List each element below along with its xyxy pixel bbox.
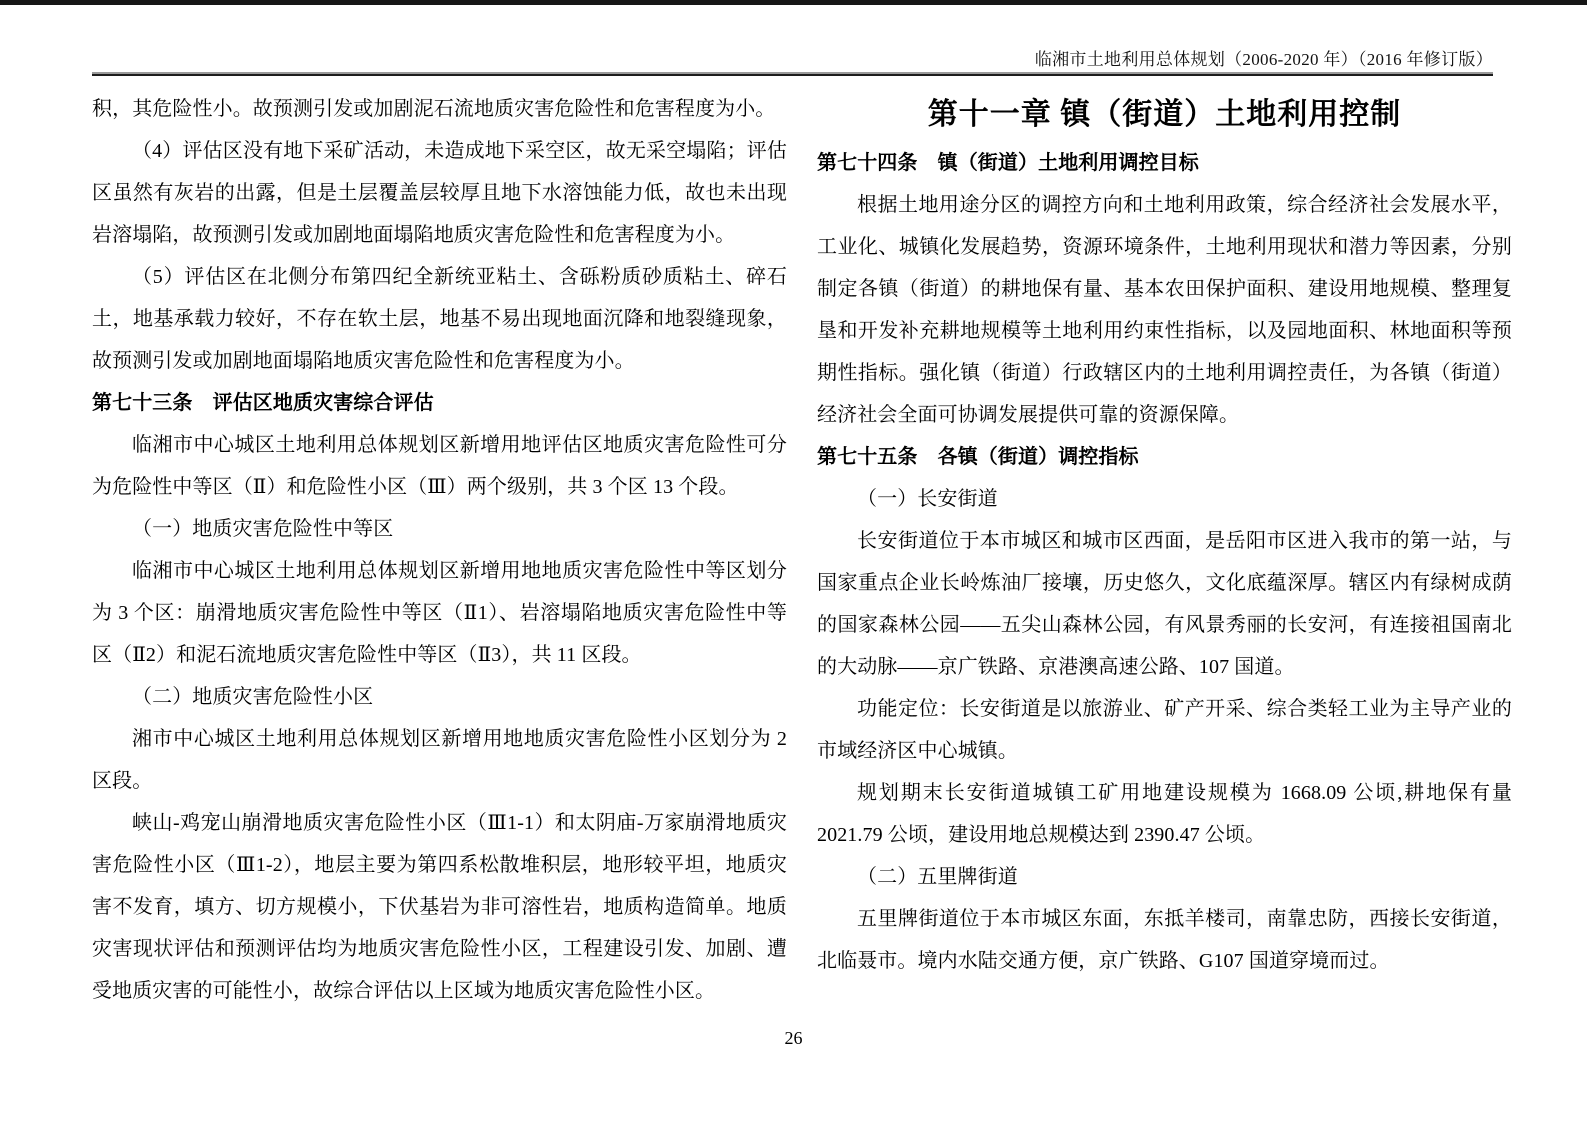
header-rule [92,74,1493,76]
wulipai-paragraph-1: 五里牌街道位于本市城区东面，东抵羊楼司，南靠忠防，西接长安街道，北临聂市。境内水… [817,898,1512,982]
changan-subheading: （一）长安街道 [817,478,1512,520]
wulipai-subheading: （二）五里牌街道 [817,856,1512,898]
assessment-item-5: （5）评估区在北侧分布第四纪全新统亚粘土、含砾粉质砂质粘土、碎石土，地基承载力较… [92,256,787,382]
scan-edge-strip [0,0,1587,5]
changan-paragraph-2: 功能定位：长安街道是以旅游业、矿产开采、综合类轻工业为主导产业的市域经济区中心城… [817,688,1512,772]
subsection-1-heading: （一）地质灾害危险性中等区 [92,508,787,550]
right-column: 第十一章 镇（街道）土地利用控制 第七十四条 镇（街道）土地利用调控目标 根据土… [817,88,1512,1012]
continued-paragraph: 积，其危险性小。故预测引发或加剧泥石流地质灾害危险性和危害程度为小。 [92,88,787,130]
article-74-body: 根据土地用途分区的调控方向和土地利用政策，综合经济社会发展水平，工业化、城镇化发… [817,184,1512,436]
article-74-heading: 第七十四条 镇（街道）土地利用调控目标 [817,142,1512,184]
changan-paragraph-3: 规划期末长安街道城镇工矿用地建设规模为 1668.09 公顷,耕地保有量 202… [817,772,1512,856]
article-73-heading: 第七十三条 评估区地质灾害综合评估 [92,382,787,424]
subsection-1-paragraph: 临湘市中心城区土地利用总体规划区新增用地地质灾害危险性中等区划分为 3 个区：崩… [92,550,787,676]
article-73-overview: 临湘市中心城区土地利用总体规划区新增用地评估区地质灾害危险性可分为危险性中等区（… [92,424,787,508]
article-75-heading: 第七十五条 各镇（街道）调控指标 [817,436,1512,478]
subsection-2-heading: （二）地质灾害危险性小区 [92,676,787,718]
left-column: 积，其危险性小。故预测引发或加剧泥石流地质灾害危险性和危害程度为小。 （4）评估… [92,88,787,1012]
subsection-2-paragraph-1: 湘市中心城区土地利用总体规划区新增用地地质灾害危险性小区划分为 2 区段。 [92,718,787,802]
changan-paragraph-1: 长安街道位于本市城区和城市区西面，是岳阳市区进入我市的第一站，与国家重点企业长岭… [817,520,1512,688]
running-header: 临湘市土地利用总体规划（2006-2020 年）（2016 年修订版） [92,49,1493,71]
two-column-body: 积，其危险性小。故预测引发或加剧泥石流地质灾害危险性和危害程度为小。 （4）评估… [92,88,1512,1012]
chapter-11-title: 第十一章 镇（街道）土地利用控制 [817,88,1512,142]
subsection-2-paragraph-2: 峡山-鸡宠山崩滑地质灾害危险性小区（Ⅲ1-1）和太阴庙-万家崩滑地质灾害危险性小… [92,802,787,1012]
page-number: 26 [0,1026,1587,1050]
document-page: 临湘市土地利用总体规划（2006-2020 年）（2016 年修订版） 积，其危… [0,0,1587,1122]
assessment-item-4: （4）评估区没有地下采矿活动，未造成地下采空区，故无采空塌陷；评估区虽然有灰岩的… [92,130,787,256]
